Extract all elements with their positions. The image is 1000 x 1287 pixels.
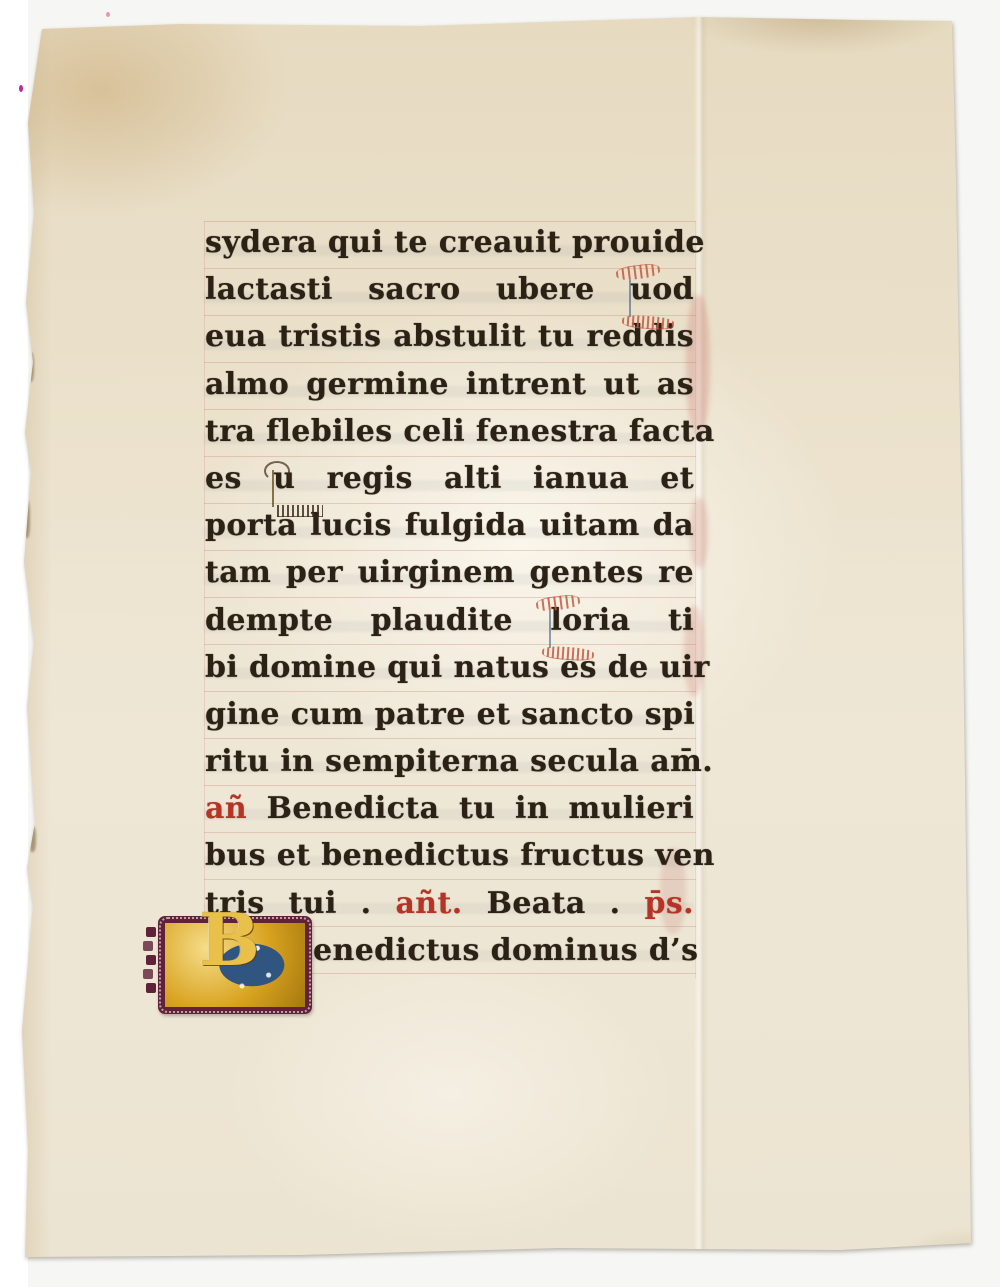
manuscript-line: bus et benedictus fructus ven [205, 832, 694, 879]
deckle-fiber [27, 352, 34, 382]
rubric-text: añt. [395, 886, 462, 921]
rubric-text: p̄s. [644, 886, 694, 921]
vellum-leaf: sydera qui te creauit prouidelactasti sa… [0, 0, 1000, 1287]
manuscript-line: lactasti sacro ubere Q uod [205, 266, 694, 313]
body-text: bi domine qui natus es de uir [205, 650, 710, 685]
initial-letter: B [199, 916, 260, 963]
manuscript-line: es T u regis alti ianua et [205, 455, 694, 502]
manuscript-line: tam per uirginem gentes re [205, 549, 694, 596]
body-text: tam per uirginem gentes re [205, 555, 694, 590]
text-block: sydera qui te creauit prouidelactasti sa… [205, 219, 694, 974]
body-text: u regis alti ianua et [273, 461, 694, 496]
manuscript-line: bi domine qui natus es de uir [205, 644, 694, 691]
body-text: gine cum patre et sancto spi [205, 697, 695, 732]
rubric-text: añ [205, 791, 247, 826]
manuscript-line: gine cum patre et sancto spi [205, 691, 694, 738]
initial-letter: Q [630, 266, 631, 267]
body-text: lactasti sacro ubere [205, 272, 595, 307]
manuscript-line: dempte plaudite G loria ti [205, 597, 694, 644]
dust-speck [106, 12, 110, 17]
manuscript-line: tra flebiles celi fenestra facta [205, 408, 694, 455]
body-text: almo germine intrent ut as [205, 367, 694, 402]
manuscript-photo: sydera qui te creauit prouidelactasti sa… [0, 0, 1000, 1287]
body-text: tra flebiles celi fenestra facta [205, 414, 715, 449]
dust-speck [19, 85, 23, 92]
deckle-fiber [29, 826, 36, 852]
body-text: sydera qui te creauit prouide [205, 225, 705, 260]
illuminated-initial-b-icon: B [158, 916, 312, 1014]
body-text: Beata . [487, 886, 621, 921]
parchment-surface: sydera qui te creauit prouidelactasti sa… [0, 0, 1000, 1287]
manuscript-line: eua tristis abstulit tu reddis [205, 313, 694, 360]
body-text: dempte plaudite [205, 603, 513, 638]
initial-letter: G [550, 597, 551, 598]
body-text: loria ti [550, 603, 694, 638]
manuscript-line: sydera qui te creauit prouide [205, 219, 694, 266]
manuscript-line: B enedictus dominus d’s [205, 927, 694, 974]
manuscript-line: ritu in sempiterna secula am̄. [205, 738, 694, 785]
body-text: Benedicta tu in mulieri [267, 791, 694, 826]
initial-letter: T [273, 455, 274, 456]
body-text: enedictus dominus d’s [313, 933, 698, 968]
body-text: ritu in sempiterna secula am̄. [205, 744, 713, 779]
body-text: es [205, 461, 242, 496]
manuscript-line: añ Benedicta tu in mulieri [205, 785, 694, 832]
deckle-fiber [24, 500, 30, 538]
body-text: bus et benedictus fructus ven [205, 838, 715, 873]
manuscript-line: almo germine intrent ut as [205, 361, 694, 408]
body-text: eua tristis abstulit tu reddis [205, 319, 694, 354]
